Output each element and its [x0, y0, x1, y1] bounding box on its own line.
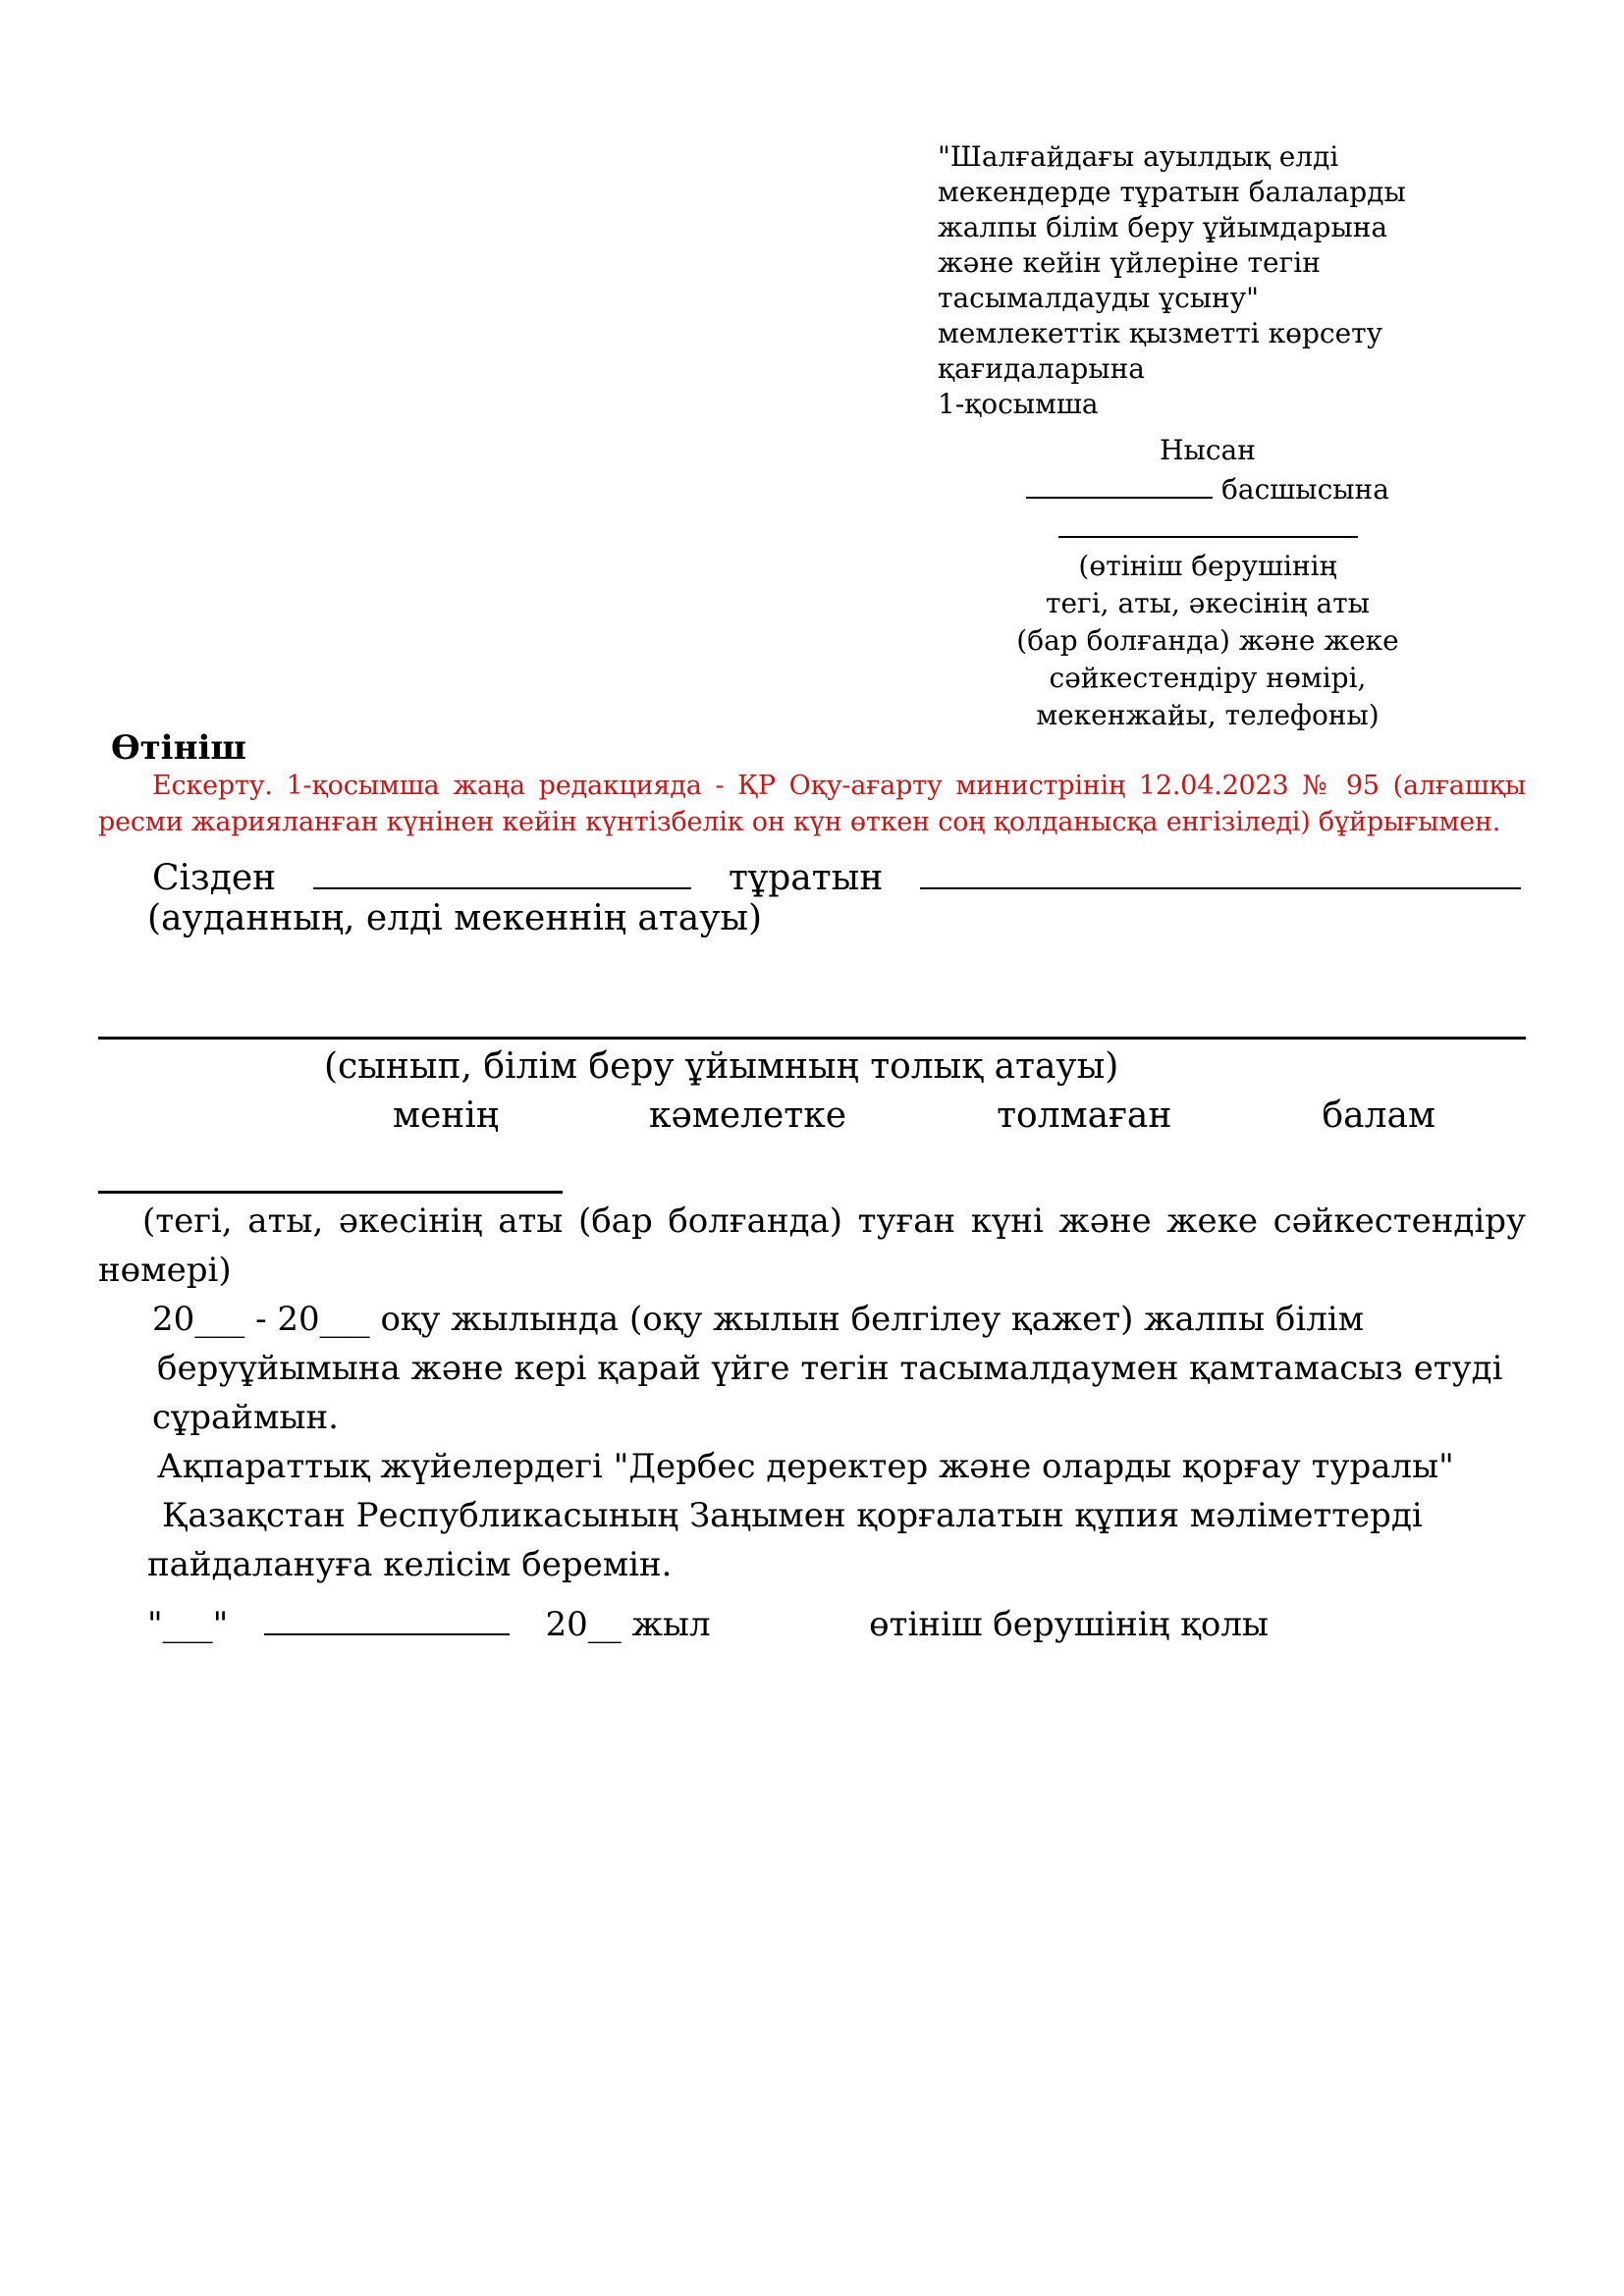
- applicant-hint-line: (бар болғанда) және жеке: [1001, 622, 1414, 660]
- settlement-blank: [313, 852, 691, 889]
- appendix-line: қағидаларына: [938, 351, 1399, 387]
- request-from-word: Сізден: [152, 858, 276, 898]
- school-year-line2: беруұйымына және кері қарай үйге тегін т…: [157, 1349, 1502, 1388]
- request-residing-word: тұратын: [729, 858, 883, 898]
- child-hint-line1: (тегі, аты, әкесінің аты (бар болғанда) …: [98, 1201, 1526, 1241]
- document-title: Өтініш: [111, 728, 246, 768]
- request-line: Сізден тұратын: [98, 852, 1624, 898]
- school-year-line1: 20___ - 20___ оқу жылында (оқу жылын бел…: [152, 1300, 1364, 1339]
- consent-line2: Қазақстан Республикасының Заңымен қорғал…: [162, 1496, 1423, 1535]
- organization-hint: (сынып, білім беру ұйымның толық атауы): [324, 1046, 1118, 1087]
- appendix-line: тасымалдауды ұсыну": [938, 281, 1399, 316]
- appendix-line: "Шалғайдағы ауылдық елді: [938, 139, 1399, 175]
- appendix-line: мекендерде тұратын балаларды: [938, 175, 1399, 210]
- consent-line3: пайдалануға келісім беремін.: [147, 1545, 673, 1584]
- date-month-blank: [264, 1600, 510, 1635]
- appendix-reference-block: "Шалғайдағы ауылдық елді мекендерде тұра…: [938, 139, 1399, 422]
- document-page: "Шалғайдағы ауылдық елді мекендерде тұра…: [0, 0, 1624, 2296]
- child-hint-line2: нөмері): [98, 1251, 232, 1290]
- child-phrase-word: кәмелетке: [649, 1095, 846, 1136]
- appendix-line: жалпы білім беру ұйымдарына: [938, 210, 1399, 245]
- date-signature-line: "___" 20__ жыл өтініш берушінің қолы: [147, 1600, 1269, 1644]
- amendment-note: Ескерту. 1-қосымша жаңа редакцияда - ҚР …: [98, 768, 1526, 840]
- child-phrase-line: менің кәмелетке толмаған балам: [393, 1095, 1435, 1136]
- child-phrase-word: менің: [393, 1095, 499, 1136]
- district-hint: (ауданның, елді мекеннің атауы): [147, 898, 762, 938]
- settlement-blank-2: [920, 852, 1521, 889]
- appendix-line: және кейін үйлеріне тегін: [938, 245, 1399, 281]
- date-day-blank: "___": [147, 1605, 228, 1644]
- applicant-hint-line: сәйкестендіру нөмірі,: [1001, 660, 1414, 697]
- child-phrase-word: толмаған: [997, 1095, 1171, 1136]
- addressee-word: басшысына: [1221, 473, 1389, 506]
- applicant-blank-line: [1001, 508, 1414, 548]
- addressee-line: басшысына: [1001, 469, 1414, 508]
- appendix-line: 1-қосымша: [938, 387, 1399, 422]
- form-addressee-block: Нысан басшысына (өтініш берушінің тегі, …: [1001, 432, 1414, 734]
- applicant-hint-line: (өтініш берушінің: [1001, 548, 1414, 585]
- date-year-text: 20__ жыл: [546, 1605, 711, 1644]
- applicant-hint-line: тегі, аты, әкесінің аты: [1001, 585, 1414, 622]
- applicant-name-blank: [1058, 508, 1358, 538]
- appendix-line: мемлекеттік қызметті көрсету: [938, 316, 1399, 351]
- school-year-line3: сұраймын.: [152, 1398, 339, 1437]
- applicant-hint-line: мекенжайы, телефоны): [1001, 697, 1414, 734]
- consent-line1: Ақпараттық жүйелердегі "Дербес деректер …: [157, 1447, 1454, 1486]
- child-phrase-word: балам: [1322, 1095, 1435, 1136]
- addressee-name-blank: [1026, 469, 1213, 499]
- child-name-blank-line: [98, 1158, 563, 1194]
- signature-label: өтініш берушінің қолы: [869, 1605, 1269, 1644]
- form-label: Нысан: [1001, 432, 1414, 469]
- organization-blank-line: [98, 1001, 1526, 1040]
